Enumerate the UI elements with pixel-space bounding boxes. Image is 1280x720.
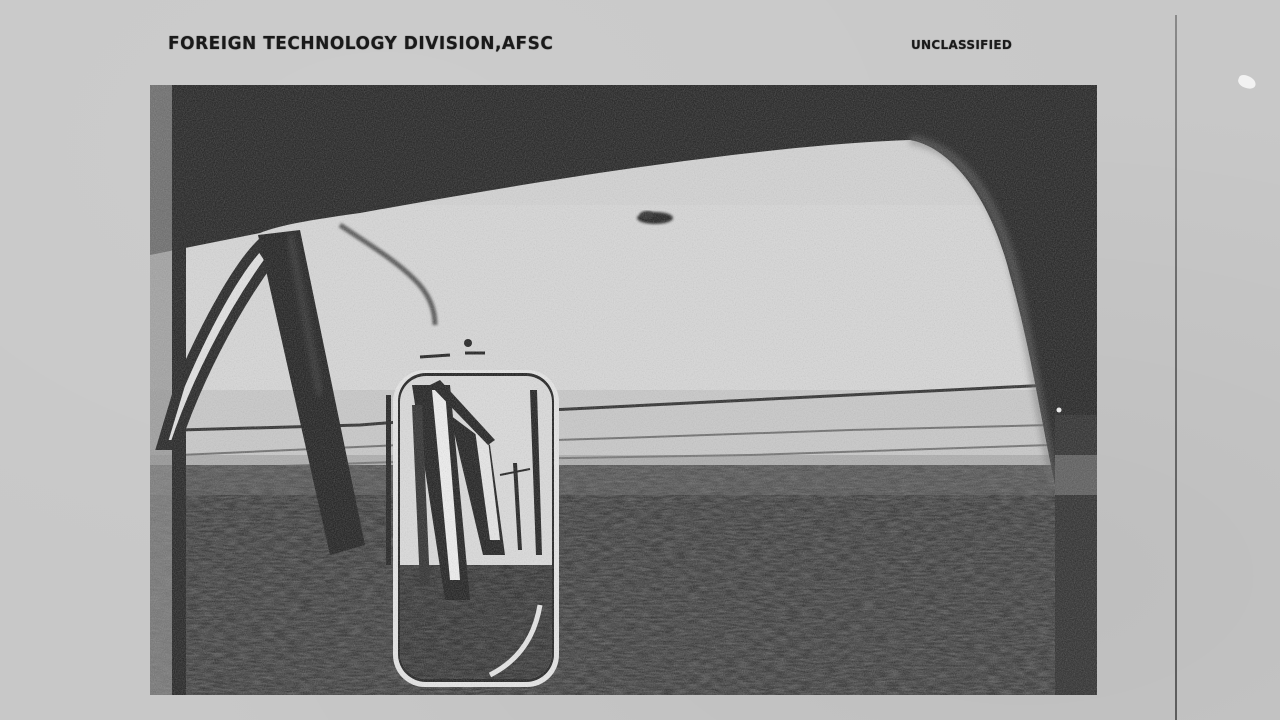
paper-speck [1236, 73, 1257, 90]
film-grain [150, 85, 1097, 695]
page-edge-line [1175, 15, 1177, 720]
scanned-document-page: FOREIGN TECHNOLOGY DIVISION,AFSC UNCLASS… [0, 0, 1280, 720]
ufo-photograph [150, 85, 1097, 695]
document-header-agency: FOREIGN TECHNOLOGY DIVISION,AFSC [168, 34, 553, 55]
classification-marking: UNCLASSIFIED [911, 38, 1012, 52]
